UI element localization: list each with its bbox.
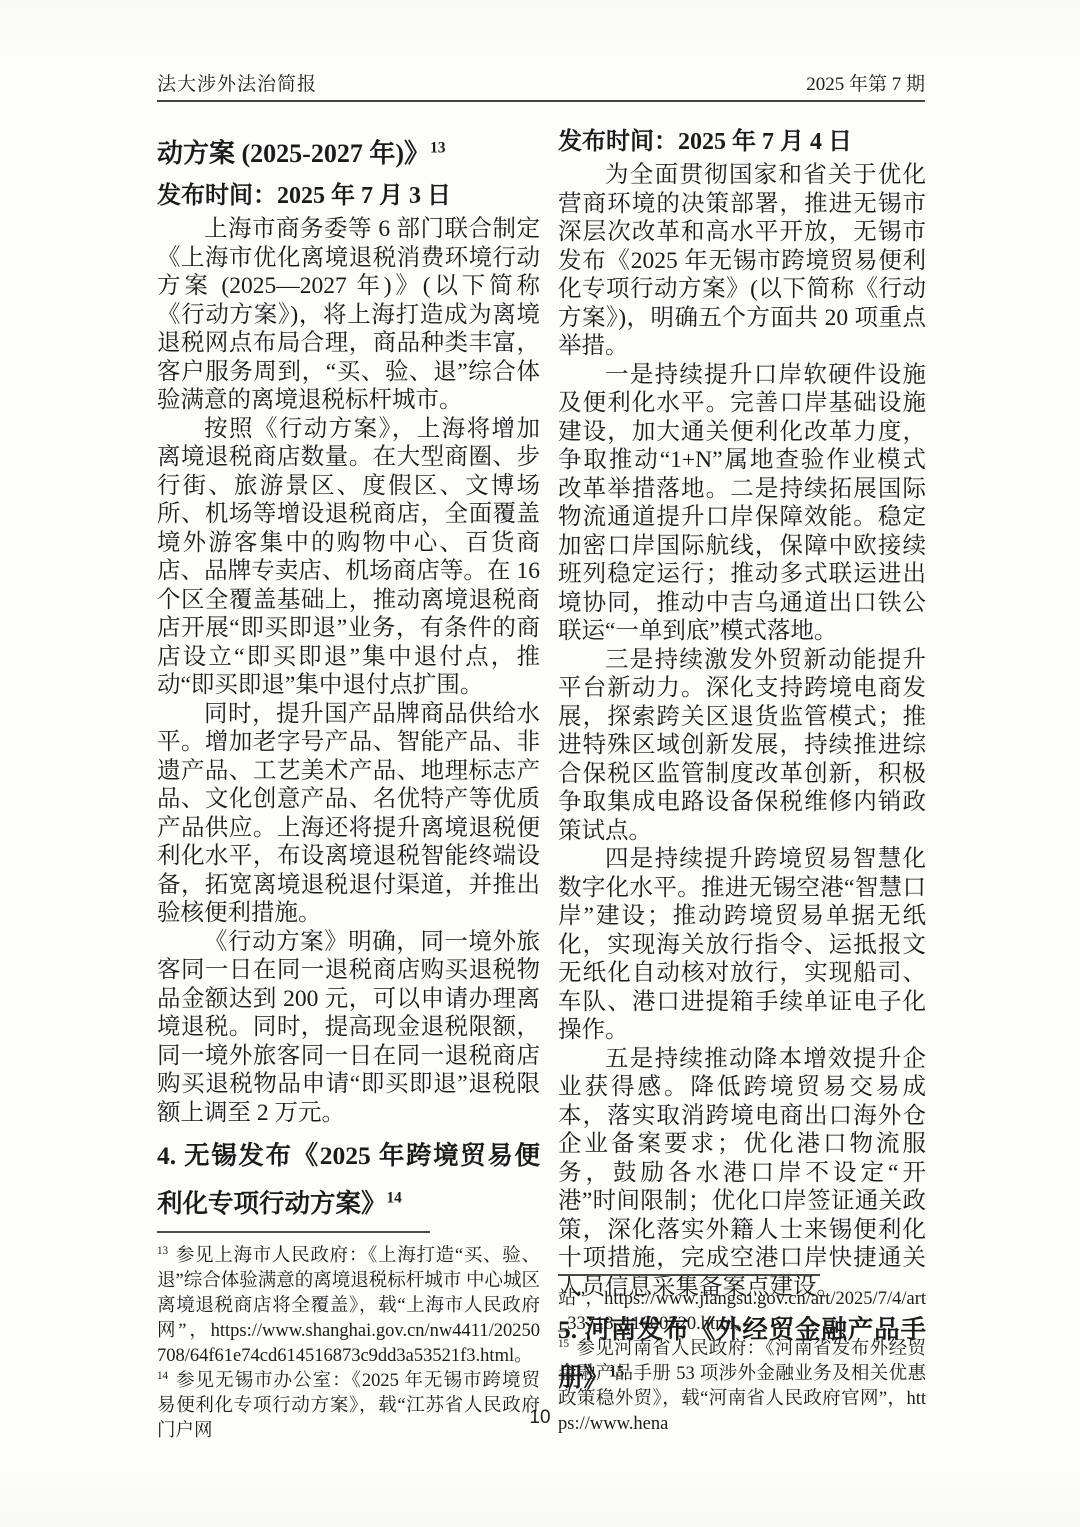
paragraph: 按照《行动方案》，上海将增加离境退税商店数量。在大型商圈、步行街、旅游景区、度假…	[157, 415, 540, 700]
footnote-13: 13参见上海市人民政府：《上海打造“买、验、退”综合体验满意的离境退税标杆城市 …	[157, 1244, 540, 1369]
left-column: 动方案 (2025-2027 年)》13 发布时间：2025 年 7 月 3 日…	[157, 137, 540, 1228]
footnote-text: 参见无锡市办公室：《2025 年无锡市跨境贸易便利化专项行动方案》，载“江苏省人…	[157, 1371, 540, 1441]
footnote-number: 14	[157, 1370, 168, 1382]
footnote-separator	[558, 1274, 820, 1276]
header-rule	[157, 100, 925, 102]
newsletter-title: 法大涉外法治简报	[157, 72, 317, 98]
paragraph: 《行动方案》明确，同一境外旅客同一日在同一退税商店购买退税物品金额达到 200 …	[157, 928, 540, 1128]
paragraph: 一是持续提升口岸软硬件设施及便利化水平。完善口岸基础设施建设，加大通关便利化改革…	[558, 361, 926, 646]
release-date-right: 发布时间：2025 年 7 月 4 日	[558, 127, 926, 157]
section-4-heading-text: 4. 无锡发布《2025 年跨境贸易便利化专项行动方案》	[157, 1141, 540, 1218]
page-header: 法大涉外法治简报 2025 年第 7 期	[157, 72, 925, 98]
right-column: 发布时间：2025 年 7 月 4 日 为全面贯彻国家和省关于优化营商环境的决策…	[558, 127, 926, 1402]
paragraph: 五是持续推动降本增效提升企业获得感。降低跨境贸易交易成本，落实取消跨境电商出口海…	[558, 1045, 926, 1302]
paragraph: 四是持续提升跨境贸易智慧化数字化水平。推进无锡空港“智慧口岸”建设；推动跨境贸易…	[558, 845, 926, 1045]
continued-section-title-text: 动方案 (2025-2027 年)》	[157, 139, 430, 168]
continued-section-title: 动方案 (2025-2027 年)》13	[157, 137, 540, 171]
paragraph: 三是持续激发外贸新动能提升平台新动力。深化支持跨境电商发展，探索跨关区退货监管模…	[558, 646, 926, 846]
page-number: 10	[0, 1407, 1080, 1429]
footnote-number: 13	[157, 1245, 168, 1257]
release-date-left: 发布时间：2025 年 7 月 3 日	[157, 181, 540, 211]
paragraph: 为全面贯彻国家和省关于优化营商环境的决策部署，推进无锡市深层次改革和高水平开放，…	[558, 161, 926, 361]
footnote-ref-14: 14	[387, 1190, 402, 1207]
footnote-14-continuation: 站”，https://www.jiangsu.gov.cn/art/2025/7…	[558, 1287, 926, 1337]
document-page: 法大涉外法治简报 2025 年第 7 期 动方案 (2025-2027 年)》1…	[0, 0, 1080, 1527]
footnote-separator	[157, 1231, 430, 1233]
paragraph: 同时，提升国产品牌商品供给水平。增加老字号产品、智能产品、非遗产品、工艺美术产品…	[157, 700, 540, 928]
footnote-text: 参见上海市人民政府：《上海打造“买、验、退”综合体验满意的离境退税标杆城市 中心…	[157, 1246, 540, 1366]
footnote-ref-13: 13	[430, 139, 446, 156]
footnote-text: 站”，https://www.jiangsu.gov.cn/art/2025/7…	[558, 1289, 926, 1334]
section-4-heading: 4. 无锡发布《2025 年跨境贸易便利化专项行动方案》14	[157, 1132, 540, 1228]
paragraph: 上海市商务委等 6 部门联合制定《上海市优化离境退税消费环境行动方案 (2025…	[157, 215, 540, 415]
issue-label: 2025 年第 7 期	[806, 72, 925, 98]
footnote-number: 15	[558, 1338, 569, 1350]
